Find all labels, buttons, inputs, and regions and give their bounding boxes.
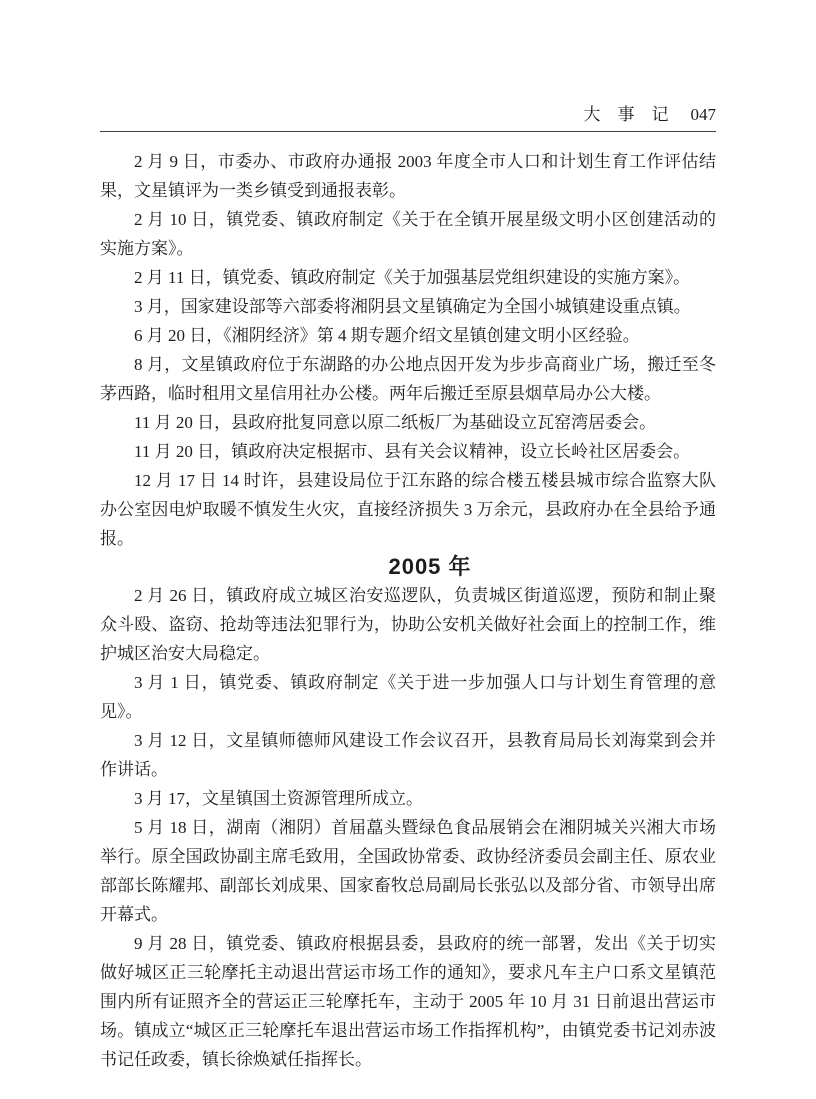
- page-content: 大事记 047 2 月 9 日，市委办、市政府办通报 2003 年度全市人口和计…: [100, 105, 716, 1074]
- event-paragraph: 2 月 10 日，镇党委、镇政府制定《关于在全镇开展星级文明小区创建活动的实施方…: [100, 205, 716, 263]
- event-paragraph: 5 月 18 日，湖南（湘阴）首届藠头暨绿色食品展销会在湘阴城关兴湘大市场举行。…: [100, 813, 716, 929]
- event-paragraph: 6 月 20 日，《湘阴经济》第 4 期专题介绍文星镇创建文明小区经验。: [100, 321, 716, 350]
- event-paragraph: 8 月，文星镇政府位于东湖路的办公地点因开发为步步高商业广场，搬迁至冬茅西路，临…: [100, 350, 716, 408]
- event-paragraph: 11 月 20 日，镇政府决定根据市、县有关会议精神，设立长岭社区居委会。: [100, 437, 716, 466]
- event-paragraph: 3 月 17，文星镇国土资源管理所成立。: [100, 784, 716, 813]
- section-heading-2005: 2005 年: [100, 553, 716, 581]
- event-paragraph: 11 月 20 日，县政府批复同意以原二纸板厂为基础设立瓦窑湾居委会。: [100, 408, 716, 437]
- event-paragraph: 2 月 26 日，镇政府成立城区治安巡逻队，负责城区街道巡逻，预防和制止聚众斗殴…: [100, 581, 716, 668]
- event-paragraph: 3 月 12 日，文星镇师德师风建设工作会议召开，县教育局局长刘海棠到会并作讲话…: [100, 726, 716, 784]
- event-paragraph: 3 月，国家建设部等六部委将湘阴县文星镇确定为全国小城镇建设重点镇。: [100, 292, 716, 321]
- running-header: 大事记 047: [100, 105, 716, 132]
- body-text: 2 月 9 日，市委办、市政府办通报 2003 年度全市人口和计划生育工作评估结…: [100, 147, 716, 1074]
- book-page: 大事记 047 2 月 9 日，市委办、市政府办通报 2003 年度全市人口和计…: [0, 0, 816, 1099]
- event-paragraph: 3 月 1 日，镇党委、镇政府制定《关于进一步加强人口与计划生育管理的意见》。: [100, 668, 716, 726]
- event-paragraph: 2 月 9 日，市委办、市政府办通报 2003 年度全市人口和计划生育工作评估结…: [100, 147, 716, 205]
- event-paragraph: 2 月 11 日，镇党委、镇政府制定《关于加强基层党组织建设的实施方案》。: [100, 263, 716, 292]
- page-number: 047: [691, 105, 717, 125]
- running-header-title: 大事记: [584, 105, 686, 125]
- event-paragraph: 12 月 17 日 14 时许，县建设局位于江东路的综合楼五楼县城市综合监察大队…: [100, 466, 716, 553]
- event-paragraph: 9 月 28 日，镇党委、镇政府根据县委，县政府的统一部署，发出《关于切实做好城…: [100, 929, 716, 1074]
